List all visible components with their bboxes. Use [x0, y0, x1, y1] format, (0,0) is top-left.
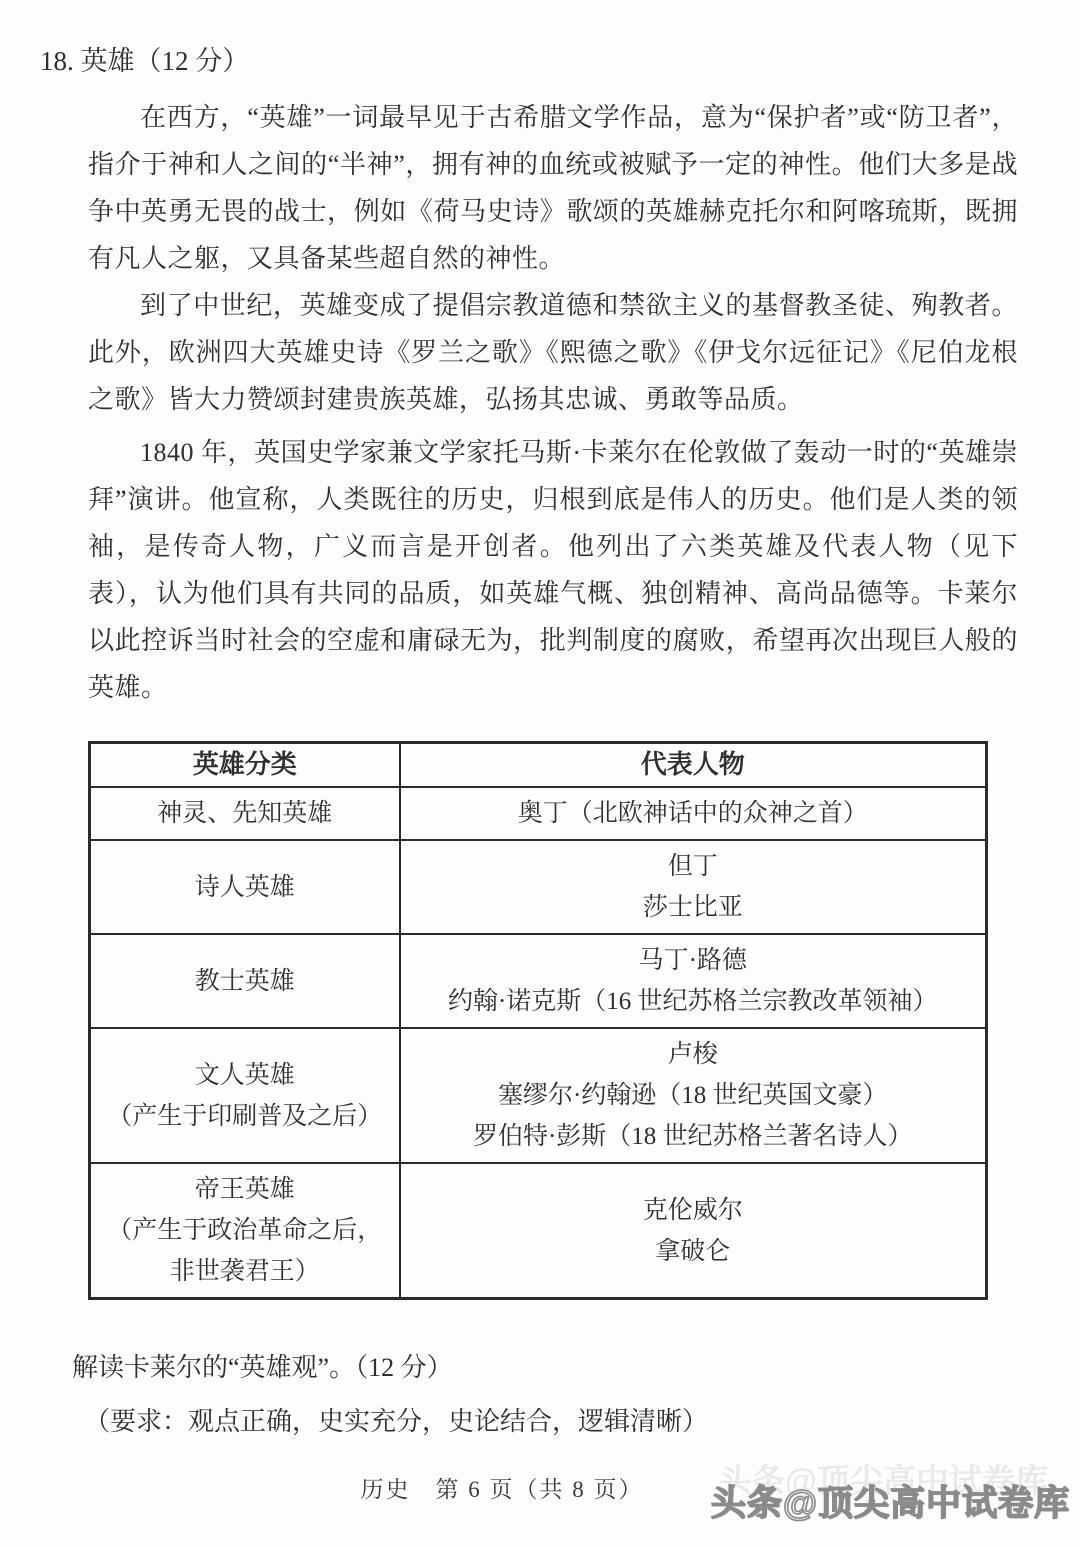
table-row-king: 帝王英雄 （产生于政治革命之后， 非世袭君王） 克伦威尔 拿破仑: [90, 1163, 987, 1299]
figures-cell: 卢梭 塞缪尔·约翰逊（18 世纪英国文豪） 罗伯特·彭斯（18 世纪苏格兰著名诗…: [400, 1028, 987, 1163]
category-cell: 教士英雄: [90, 934, 400, 1028]
table-header-row: 英雄分类 代表人物: [90, 743, 987, 788]
exam-page: 18. 英雄（12 分） 在西方，“英雄”一词最早见于古希腊文学作品，意为“保护…: [0, 0, 1080, 1548]
figures-cell: 克伦威尔 拿破仑: [400, 1163, 987, 1299]
category-cell: 文人英雄 （产生于印刷普及之后）: [90, 1028, 400, 1163]
figure-line: 马丁·路德: [409, 940, 978, 981]
category-line: 文人英雄: [99, 1055, 391, 1096]
figures-cell: 奥丁（北欧神话中的众神之首）: [400, 787, 987, 840]
category-line: 非世袭君王）: [99, 1251, 391, 1292]
figure-line: 塞缪尔·约翰逊（18 世纪英国文豪）: [409, 1075, 978, 1116]
figure-line: 莎士比亚: [409, 887, 978, 928]
figure-line: 奥丁（北欧神话中的众神之首）: [409, 793, 978, 834]
task-requirements: （要求：观点正确，史实充分，史论结合，逻辑清晰）: [84, 1404, 1018, 1440]
paragraph-medieval: 到了中世纪，英雄变成了提倡宗教道德和禁欲主义的基督教圣徒、殉教者。此外，欧洲四大…: [88, 282, 1018, 423]
category-line: 诗人英雄: [99, 867, 391, 908]
page-content: 18. 英雄（12 分） 在西方，“英雄”一词最早见于古希腊文学作品，意为“保护…: [0, 0, 1080, 1440]
table-row-poet: 诗人英雄 但丁 莎士比亚: [90, 840, 987, 934]
hero-classification-table: 英雄分类 代表人物 神灵、先知英雄 奥丁（北欧神话中的众神之首） 诗人英雄: [88, 741, 988, 1300]
paragraph-carlyle: 1840 年，英国史学家兼文学家托马斯·卡莱尔在伦敦做了轰动一时的“英雄崇拜”演…: [88, 429, 1018, 711]
figure-line: 拿破仑: [409, 1231, 978, 1272]
figure-line: 约翰·诺克斯（16 世纪苏格兰宗教改革领袖）: [409, 981, 978, 1022]
figure-line: 卢梭: [409, 1034, 978, 1075]
question-heading: 18. 英雄（12 分）: [40, 44, 1018, 78]
category-line: （产生于政治革命之后，: [99, 1210, 391, 1251]
task-prompt: 解读卡莱尔的“英雄观”。（12 分）: [72, 1350, 1018, 1386]
category-line: 教士英雄: [99, 961, 391, 1002]
category-line: （产生于印刷普及之后）: [99, 1096, 391, 1137]
figure-line: 但丁: [409, 846, 978, 887]
category-cell: 诗人英雄: [90, 840, 400, 934]
category-cell: 帝王英雄 （产生于政治革命之后， 非世袭君王）: [90, 1163, 400, 1299]
figures-cell: 但丁 莎士比亚: [400, 840, 987, 934]
category-line: 帝王英雄: [99, 1169, 391, 1210]
figures-cell: 马丁·路德 约翰·诺克斯（16 世纪苏格兰宗教改革领袖）: [400, 934, 987, 1028]
header-representative-figures: 代表人物: [400, 743, 987, 788]
figure-line: 罗伯特·彭斯（18 世纪苏格兰著名诗人）: [409, 1116, 978, 1157]
header-hero-category: 英雄分类: [90, 743, 400, 788]
table-row-deity-prophet: 神灵、先知英雄 奥丁（北欧神话中的众神之首）: [90, 787, 987, 840]
figure-line: 克伦威尔: [409, 1190, 978, 1231]
category-line: 神灵、先知英雄: [99, 793, 391, 834]
paragraph-western-origin: 在西方，“英雄”一词最早见于古希腊文学作品，意为“保护者”或“防卫者”，指介于神…: [88, 94, 1018, 282]
table-row-man-of-letters: 文人英雄 （产生于印刷普及之后） 卢梭 塞缪尔·约翰逊（18 世纪英国文豪） 罗…: [90, 1028, 987, 1163]
page-footer: 历史 第 6 页（共 8 页）: [0, 1471, 1042, 1504]
table-row-priest: 教士英雄 马丁·路德 约翰·诺克斯（16 世纪苏格兰宗教改革领袖）: [90, 934, 987, 1028]
category-cell: 神灵、先知英雄: [90, 787, 400, 840]
